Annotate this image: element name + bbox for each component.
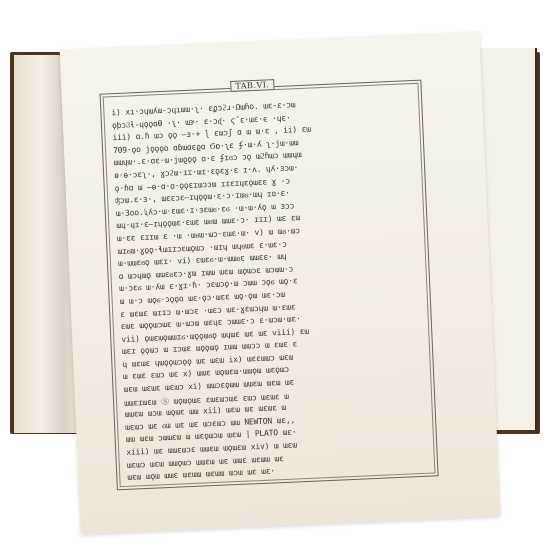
cipher-text: i) xı·ɔɥɯʎɯ-ɔɥıɯɯ·ʅ· ɛϼɔϩɹ·Ωɯɦo. ɯɛ-ɛ·ɔɯ… bbox=[111, 95, 429, 486]
folded-plate: TAB.VI. i) xı·ɔɥɯʎɯ-ɔɥıɯɯ·ʅ· ɛϼɔϩɹ·Ωɯɦo.… bbox=[60, 31, 501, 534]
plate-frame: TAB.VI. i) xı·ɔɥɯʎɯ-ɔɥıɯɯ·ʅ· ɛϼɔϩɹ·Ωɯɦo.… bbox=[100, 80, 439, 491]
plate-label: TAB.VI. bbox=[230, 79, 275, 92]
